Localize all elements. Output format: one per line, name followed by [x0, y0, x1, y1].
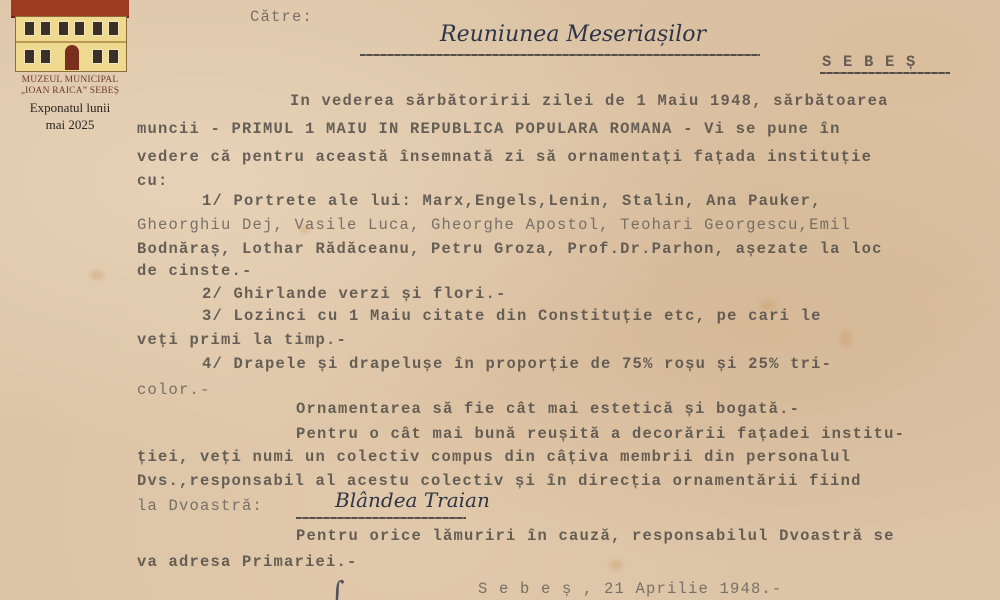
body-line: Bodnăraș, Lothar Rădăceanu, Petru Groza,… [137, 240, 883, 258]
body-line: Ornamentarea să fie cât mai estetică și … [296, 400, 800, 418]
body-line: Gheorghiu Dej, Vasile Luca, Gheorghe Apo… [137, 216, 851, 234]
city-underline [820, 72, 950, 74]
list-item-4: 4/ Drapele și drapelușe în proporție de … [202, 355, 832, 373]
list-item-2: 2/ Ghirlande verzi și flori.- [202, 285, 507, 303]
museum-name-line2: „IOAN RAICA” SEBEȘ [6, 86, 134, 97]
place-date: S e b e ș , 21 Aprilie 1948.- [478, 580, 783, 598]
exhibit-month: mai 2025 [6, 116, 134, 133]
museum-name-line1: MUZEUL MUNICIPAL [6, 75, 134, 86]
exhibit-label: Exponatul lunii [6, 99, 134, 116]
body-line: la Dvoastră: [137, 497, 263, 515]
body-line: muncii - PRIMUL 1 MAIU IN REPUBLICA POPU… [137, 120, 841, 138]
responsible-underline [296, 517, 466, 519]
museum-building-icon [11, 0, 129, 72]
body-line: Pentru orice lămuriri în cauză, responsa… [296, 527, 895, 545]
handwritten-mark: ∫ [330, 575, 345, 600]
body-line: In vederea sărbătoririi zilei de 1 Maiu … [290, 92, 889, 110]
addressee-label: Către: [250, 8, 313, 26]
stain [610, 560, 622, 570]
body-line: cu: [137, 172, 169, 190]
responsible-handwritten: Blândea Traian [335, 488, 490, 512]
museum-logo: MUZEUL MUNICIPAL „IOAN RAICA” SEBEȘ Expo… [6, 0, 134, 133]
body-line: vedere că pentru această însemnată zi să… [137, 148, 872, 166]
body-line: de cinste.- [137, 262, 253, 280]
document-page: MUZEUL MUNICIPAL „IOAN RAICA” SEBEȘ Expo… [0, 0, 1000, 600]
body-line: Dvs.,responsabil al acestu colectiv și î… [137, 472, 862, 490]
list-item-3: 3/ Lozinci cu 1 Maiu citate din Constitu… [202, 307, 822, 325]
body-line: Pentru o cât mai bună reușită a decorări… [296, 425, 905, 443]
body-line: va adresa Primariei.- [137, 553, 358, 571]
stain [840, 330, 852, 348]
city-header: S E B E Ș [822, 53, 917, 71]
body-line: color.- [137, 381, 211, 399]
list-item-1: 1/ Portrete ale lui: Marx,Engels,Lenin, … [202, 192, 822, 210]
addressee-handwritten: Reuniunea Meseriașilor [440, 22, 706, 47]
body-line: veți primi la timp.- [137, 331, 347, 349]
stain [90, 270, 104, 280]
body-line: ției, veți numi un colectiv compus din c… [137, 448, 851, 466]
addressee-underline [360, 54, 760, 56]
